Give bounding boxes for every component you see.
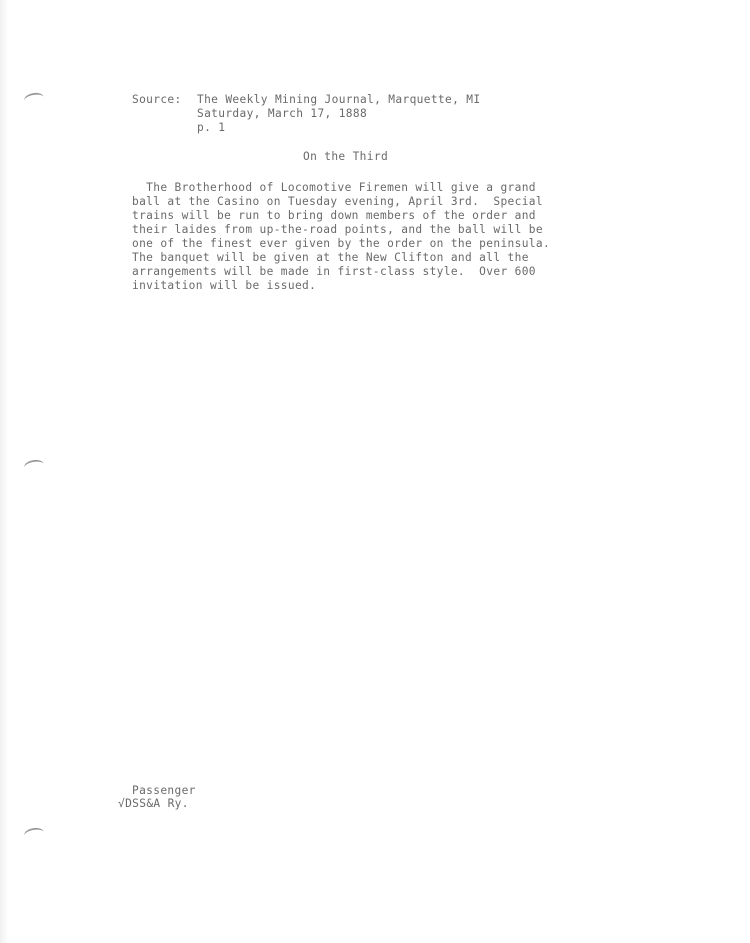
punch-hole-mark — [23, 91, 45, 106]
article-line: The Brotherhood of Locomotive Firemen wi… — [132, 181, 536, 195]
punch-hole-mark — [23, 458, 45, 473]
source-date: Saturday, March 17, 1888 — [197, 107, 367, 121]
punch-hole-mark — [23, 826, 45, 841]
article-line: invitation will be issued. — [132, 279, 316, 293]
source-label: Source: — [132, 93, 182, 107]
article-line: one of the finest ever given by the orde… — [132, 237, 550, 251]
article-line: arrangements will be made in first-class… — [132, 265, 536, 279]
source-page: p. 1 — [197, 121, 225, 135]
footer-category: Passenger — [132, 784, 196, 798]
article-line: The banquet will be given at the New Cli… — [132, 251, 529, 265]
article-title: On the Third — [303, 150, 388, 164]
article-line: trains will be run to bring down members… — [132, 209, 536, 223]
source-publication: The Weekly Mining Journal, Marquette, MI — [197, 93, 480, 107]
footer-railway: √DSS&A Ry. — [118, 797, 189, 811]
page-edge — [0, 0, 8, 943]
article-line: their laides from up-the-road points, an… — [132, 223, 543, 237]
article-line: ball at the Casino on Tuesday evening, A… — [132, 195, 543, 209]
